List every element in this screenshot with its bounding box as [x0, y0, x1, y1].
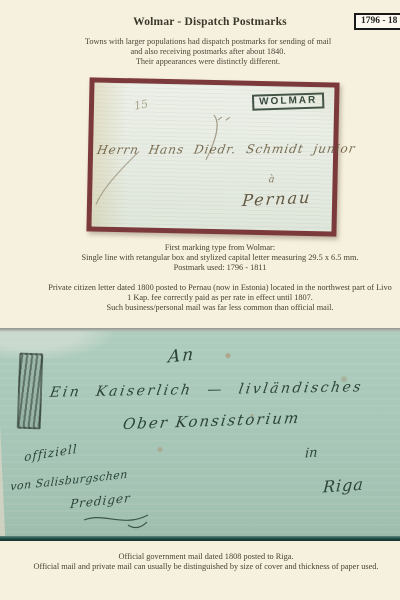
intro-line: and also receiving postmarks after about…: [8, 47, 400, 57]
cover2-side-note: Prediger: [70, 491, 132, 512]
exhibit-page: Wolmar - Dispatch Postmarks 1796 - 18 To…: [0, 0, 400, 600]
date-range-box: 1796 - 18: [354, 13, 400, 30]
caption-line: Official government mail dated 1808 post…: [3, 552, 400, 562]
address-descender-swash: [94, 149, 141, 213]
intro-line: Towns with larger populations had dispat…: [8, 37, 400, 47]
intro-line: Their appearances were distinctly differ…: [8, 57, 400, 67]
caption-line: Private citizen letter dated 1800 posted…: [20, 283, 400, 293]
cover2-bottom-fold-line: [0, 536, 400, 541]
cover1-caption: First marking type from Wolmar: Single l…: [20, 243, 400, 273]
cover2-destination: Riga: [322, 475, 364, 497]
cover2-address-line-1: Ein Kaiserlich — livländisches: [49, 379, 364, 401]
flourish-stroke: [82, 510, 152, 530]
cover2-side-note: offiziell: [24, 442, 77, 465]
cover1-destination: Pernau: [241, 188, 312, 210]
swash-stroke: [94, 149, 141, 208]
page-title: Wolmar - Dispatch Postmarks: [10, 16, 400, 28]
cover2-blue-letter: An Ein Kaiserlich — livländisches Ober K…: [0, 328, 400, 541]
wolmar-boxed-postmark: WOLMAR: [252, 92, 325, 110]
fee-mark-squiggle: [193, 113, 234, 168]
page-header: Wolmar - Dispatch Postmarks: [10, 16, 400, 28]
caption-line: Single line with retangular box and styl…: [20, 253, 400, 263]
cover1-corner-note: 15: [133, 97, 149, 112]
cover1-description: Private citizen letter dated 1800 posted…: [20, 283, 400, 313]
cover2-top-edge: [0, 328, 400, 332]
cover2-caption: Official government mail dated 1808 post…: [3, 552, 400, 572]
caption-line: First marking type from Wolmar:: [20, 243, 400, 253]
cover1-maroon-mount: WOLMAR 15 Herrn Hans Diedr. Schmidt juni…: [86, 77, 339, 236]
cover1-connector-mark: à: [268, 174, 274, 185]
cover2-side-note: von Salisburgschen: [10, 468, 128, 494]
caption-line: Such business/personal mail was far less…: [20, 303, 400, 313]
intro-text: Towns with larger populations had dispat…: [8, 37, 400, 66]
signature-flourish: [82, 510, 152, 535]
cover2-address-line-2: Ober Konsistorium: [122, 409, 302, 433]
caption-line: Postmark used: 1796 - 1811: [20, 263, 400, 273]
caption-line: Official mail and private mail can usual…: [3, 562, 400, 572]
vertical-postmark-smudge: [17, 353, 44, 430]
cover2-salutation: An: [167, 344, 196, 367]
cover2-in-word: in: [304, 446, 318, 462]
caption-line: 1 Kap. fee correctly paid as per rate in…: [20, 293, 400, 303]
cover1-letter-paper: WOLMAR 15 Herrn Hans Diedr. Schmidt juni…: [92, 83, 335, 232]
